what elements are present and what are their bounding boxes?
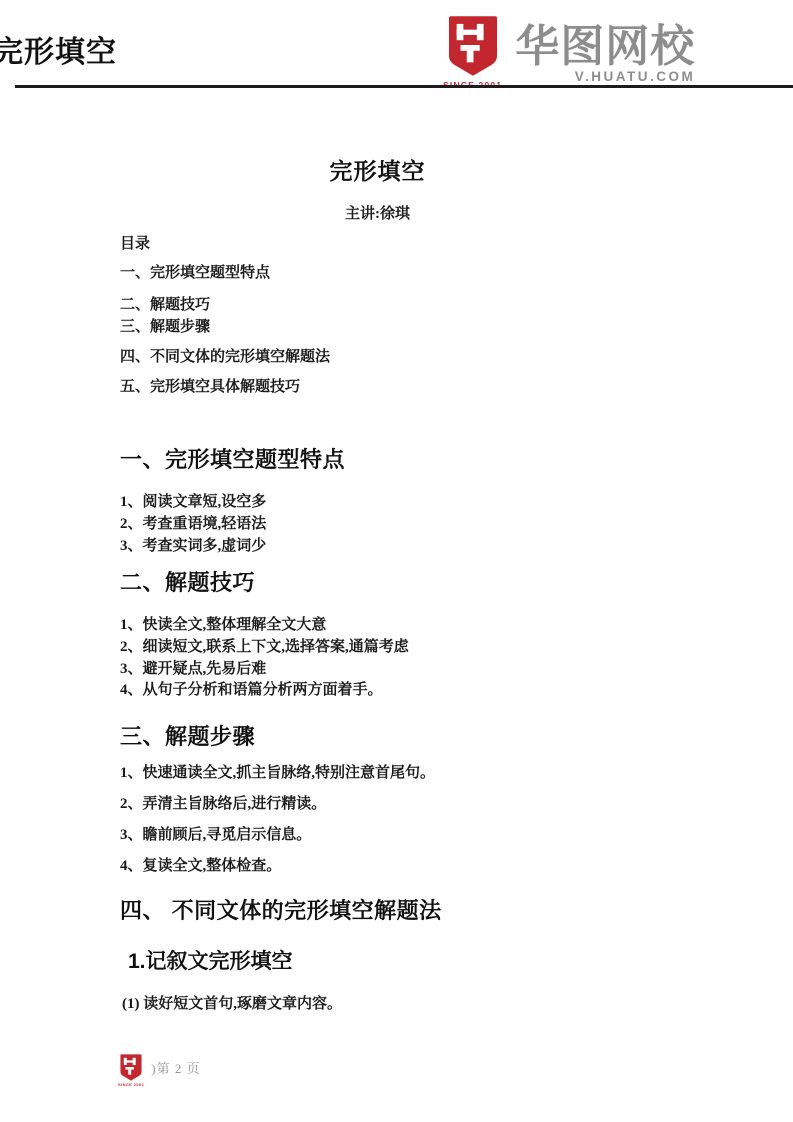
section-2-item: 2、细读短文,联系上下文,选择答案,通篇考虑	[120, 639, 635, 656]
document-content: 完形填空 主讲:徐琪 目录 一、完形填空题型特点 二、解题技巧 三、解题步骤 四…	[120, 87, 635, 1013]
section-3-item: 4、复读全文,整体检查。	[120, 858, 635, 875]
toc-label: 目录	[120, 236, 635, 253]
huatu-shield-icon	[448, 15, 498, 77]
page-title: 完形填空	[120, 158, 635, 184]
toc-item-5: 五、完形填空具体解题技巧	[120, 379, 635, 396]
logo-shield-block: SINCE 2001	[443, 15, 502, 90]
section-3-item: 2、弄清主旨脉络后,进行精读。	[120, 796, 635, 813]
huatu-shield-icon-small	[120, 1054, 142, 1081]
toc-item-3: 三、解题步骤	[120, 319, 635, 336]
section-4-heading: 四、 不同文体的完形填空解题法	[120, 898, 635, 924]
brand-url: V.HUATU.COM	[575, 69, 696, 84]
subsection-heading: 1.记叙文完形填空	[128, 950, 635, 974]
brand-name: 华图网校	[515, 25, 695, 69]
logo-brand-block: 华图网校 V.HUATU.COM	[515, 15, 695, 84]
section-2-item: 3、避开疑点,先易后难	[120, 661, 635, 678]
header-doc-title: 完形填空	[0, 36, 117, 70]
toc-item-1: 一、完形填空题型特点	[120, 265, 635, 282]
huatu-logo: SINCE 2001 华图网校 V.HUATU.COM	[443, 15, 695, 90]
section-3-item: 3、瞻前顾后,寻觅启示信息。	[120, 827, 635, 844]
document-page: 完形填空 SINCE 2001 华图网校 V.HUATU.COM 完形填空 主讲…	[0, 0, 793, 1122]
section-3-item: 1、快速通读全文,抓主旨脉络,特别注意首尾句。	[120, 765, 635, 782]
section-1-heading: 一、完形填空题型特点	[120, 447, 635, 473]
lecturer-line: 主讲:徐琪	[120, 205, 635, 223]
section-1-item: 3、考查实词多,虚词少	[120, 538, 635, 555]
toc-item-2: 二、解题技巧	[120, 297, 635, 314]
section-2-item: 4、从句子分析和语篇分析两方面着手。	[120, 682, 635, 699]
section-3-heading: 三、解题步骤	[120, 724, 635, 750]
toc-item-4: 四、不同文体的完形填空解题法	[120, 349, 635, 366]
subsection-item: (1) 读好短文首句,琢磨文章内容。	[122, 996, 635, 1013]
section-1-item: 1、阅读文章短,设空多	[120, 494, 635, 511]
footer-since-text: SINCE 2001	[118, 1082, 144, 1087]
section-2-heading: 二、解题技巧	[120, 570, 635, 596]
page-footer: SINCE 2001 )第 2 页	[118, 1054, 201, 1087]
section-2-item: 1、快读全文,整体理解全文大意	[120, 617, 635, 634]
page-number-label: )第 2 页	[151, 1058, 200, 1083]
footer-logo-block: SINCE 2001	[118, 1054, 144, 1087]
section-1-item: 2、考查重语境,轻语法	[120, 516, 635, 533]
